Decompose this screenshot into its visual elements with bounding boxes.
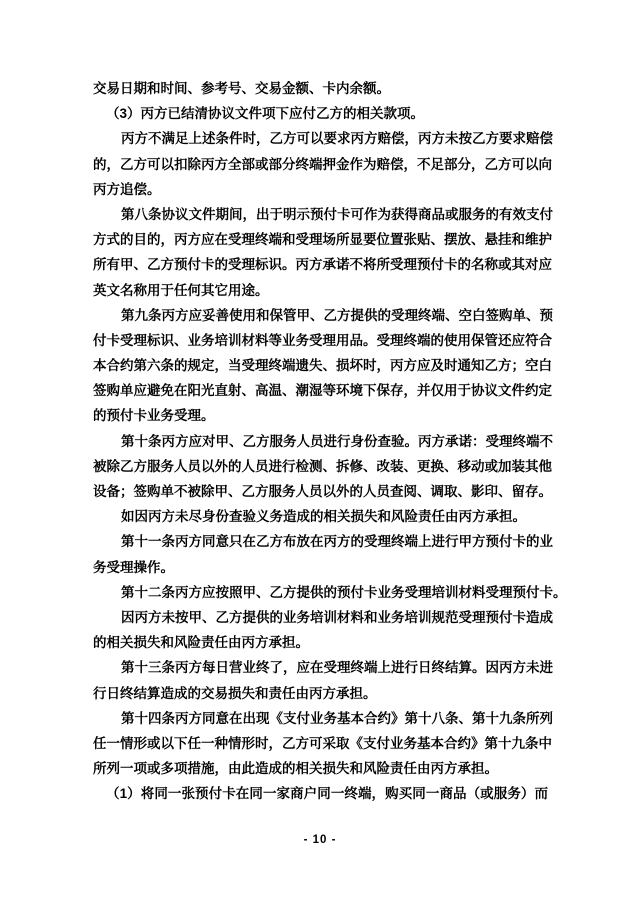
- text-line: 所有甲、乙方预付卡的受理标识。丙方承诺不将所受理预付卡的名称或其对应: [93, 252, 548, 277]
- page-number: - 10 -: [0, 834, 640, 846]
- text-line: 交易日期和时间、参考号、交易金额、卡内余额。: [93, 76, 548, 101]
- text-line: 第九条丙方应妥善使用和保管甲、乙方提供的受理终端、空白签购单、预: [93, 303, 548, 328]
- text-line: 第十二条丙方应按照甲、乙方提供的预付卡业务受理培训材料受理预付卡。: [93, 580, 548, 605]
- text-line: 设备；签购单不被除甲、乙方服务人员以外的人员查阅、调取、影印、留存。: [93, 479, 548, 504]
- text-line: 被除乙方服务人员以外的人员进行检测、拆修、改装、更换、移动或加装其他: [93, 454, 548, 479]
- text-line: 签购单应避免在阳光直射、高温、潮湿等环境下保存，并仅用于协议文件约定: [93, 378, 548, 403]
- text-line: 行日终结算造成的交易损失和责任由丙方承担。: [93, 681, 548, 706]
- text-line: （3）丙方已结清协议文件项下应付乙方的相关款项。: [93, 101, 548, 126]
- text-line: 务受理操作。: [93, 555, 548, 580]
- document-page: 交易日期和时间、参考号、交易金额、卡内余额。（3）丙方已结清协议文件项下应付乙方…: [0, 0, 640, 905]
- text-line: 第十四条丙方同意在出现《支付业务基本合约》第十八条、第十九条所列: [93, 706, 548, 731]
- text-line: 丙方追偿。: [93, 177, 548, 202]
- document-body: 交易日期和时间、参考号、交易金额、卡内余额。（3）丙方已结清协议文件项下应付乙方…: [93, 76, 548, 806]
- text-line: 的相关损失和风险责任由丙方承担。: [93, 630, 548, 655]
- text-line: 任一情形或以下任一种情形时，乙方可采取《支付业务基本合约》第十九条中: [93, 731, 548, 756]
- text-line: 第八条协议文件期间，出于明示预付卡可作为获得商品或服务的有效支付: [93, 202, 548, 227]
- text-line: 方式的目的，丙方应在受理终端和受理场所显要位置张贴、摆放、悬挂和维护: [93, 227, 548, 252]
- text-line: 的，乙方可以扣除丙方全部或部分终端押金作为赔偿，不足部分，乙方可以向: [93, 152, 548, 177]
- text-line: 的预付卡业务受理。: [93, 403, 548, 428]
- text-line: 如因丙方未尽身份查验义务造成的相关损失和风险责任由丙方承担。: [93, 504, 548, 529]
- text-line: 因丙方未按甲、乙方提供的业务培训材料和业务培训规范受理预付卡造成: [93, 605, 548, 630]
- text-line: 付卡受理标识、业务培训材料等业务受理用品。受理终端的使用保管还应符合: [93, 328, 548, 353]
- text-line: 英文名称用于任何其它用途。: [93, 278, 548, 303]
- text-line: 第十三条丙方每日营业终了，应在受理终端上进行日终结算。因丙方未进: [93, 655, 548, 680]
- text-line: 所列一项或多项措施，由此造成的相关损失和风险责任由丙方承担。: [93, 756, 548, 781]
- text-line: 第十条丙方应对甲、乙方服务人员进行身份查验。丙方承诺：受理终端不: [93, 429, 548, 454]
- text-line: 本合约第六条的规定，当受理终端遗失、损坏时，丙方应及时通知乙方；空白: [93, 353, 548, 378]
- text-line: 丙方不满足上述条件时，乙方可以要求丙方赔偿，丙方未按乙方要求赔偿: [93, 126, 548, 151]
- text-line: 第十一条丙方同意只在乙方布放在丙方的受理终端上进行甲方预付卡的业: [93, 529, 548, 554]
- text-line: （1）将同一张预付卡在同一家商户同一终端，购买同一商品（或服务）而: [93, 781, 548, 806]
